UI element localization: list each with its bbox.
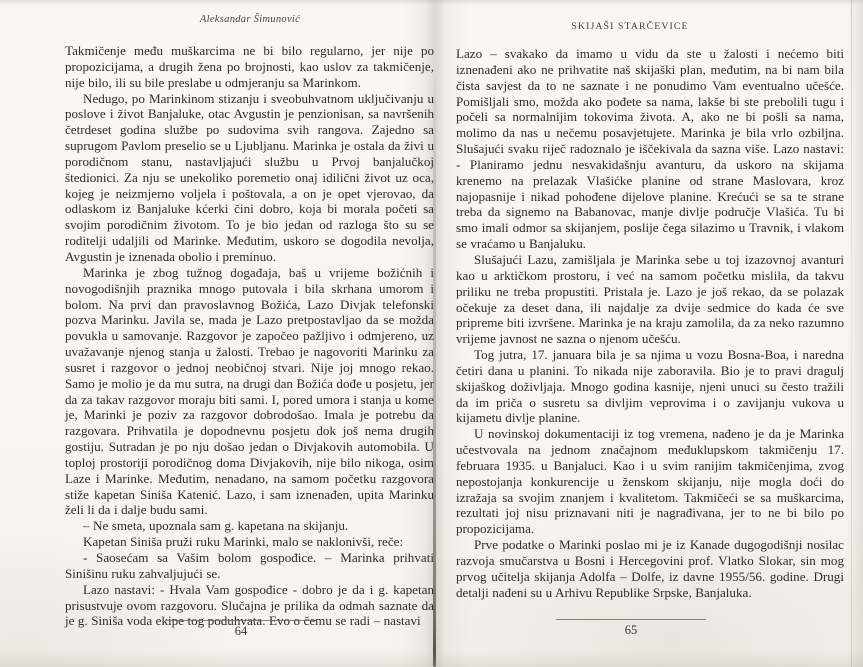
paragraph: Kapetan Siniša pruži ruku Marinki, malo … bbox=[65, 534, 434, 550]
running-header-title: SKIJAŠI STARČEVICE bbox=[450, 21, 810, 32]
paragraph: U novinskoj dokumentaciji iz tog vremena… bbox=[456, 426, 844, 537]
bottom-edge-shadow bbox=[0, 651, 863, 667]
page-body-right: Lazo – svakako da imamo u vidu da ste u … bbox=[456, 46, 844, 601]
paragraph: – Ne smeta, upoznala sam g. kapetana na … bbox=[65, 518, 434, 534]
footer-rule bbox=[556, 619, 706, 620]
paragraph: Marinka je zbog tužnog događaja, baš u v… bbox=[65, 265, 434, 519]
paragraph: Prve podatke o Marinki poslao mi je iz K… bbox=[456, 537, 844, 600]
running-header-author: Aleksandar Šimunović bbox=[66, 14, 434, 25]
paragraph: Tog jutra, 17. januara bila je sa njima … bbox=[456, 347, 844, 426]
page-footer-right: 65 bbox=[556, 619, 706, 638]
paragraph: Takmičenje među muškarcima ne bi bilo re… bbox=[65, 43, 434, 91]
paragraph: Slušajući Lazu, zamišljala je Marinka se… bbox=[456, 252, 844, 347]
page-footer-left: 64 bbox=[166, 620, 316, 639]
page-body-left: Takmičenje među muškarcima ne bi bilo re… bbox=[65, 43, 434, 629]
footer-rule bbox=[166, 620, 316, 621]
paragraph: - Saosećam sa Vašim bolom gospođice. – M… bbox=[65, 550, 434, 582]
page-number: 64 bbox=[166, 624, 316, 639]
paragraph: Nedugo, po Marinkinom stizanju i sveobuh… bbox=[65, 91, 434, 265]
page-number: 65 bbox=[556, 623, 706, 638]
right-edge-shadow bbox=[847, 0, 863, 667]
paragraph: Lazo – svakako da imamo u vidu da ste u … bbox=[456, 46, 844, 252]
book-scan: Aleksandar Šimunović Takmičenje među muš… bbox=[0, 0, 863, 667]
